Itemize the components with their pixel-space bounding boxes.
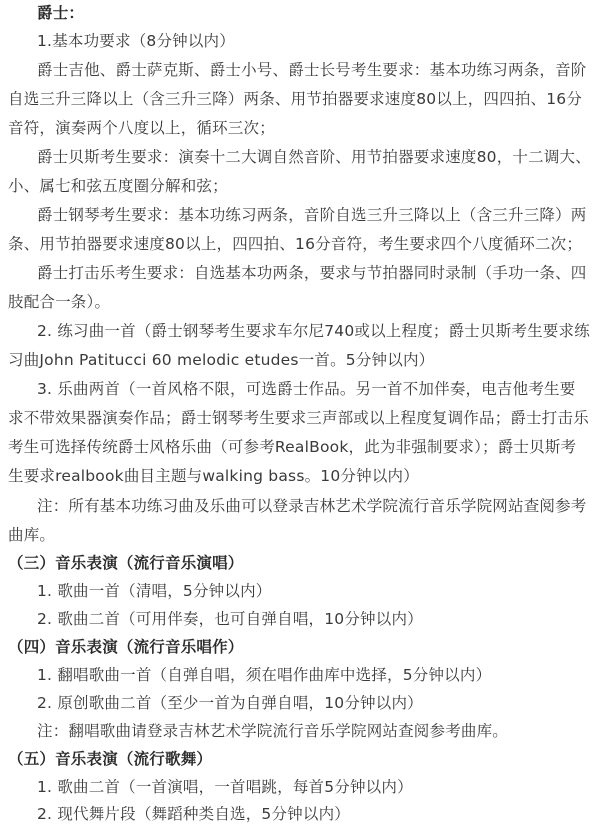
text-line: 条、用节拍器要求速度80以上，四四拍、16分音符，考生要求四个八度循环二次；	[8, 233, 582, 255]
section-heading: （四）音乐表演（流行音乐唱作）	[8, 636, 244, 658]
text-line: 2. 歌曲二首（可用伴奏，也可自弹自唱，10分钟以内）	[37, 608, 423, 630]
text-line: 1. 翻唱歌曲一首（自弹自唱，须在唱作曲库中选择，5分钟以内）	[37, 664, 491, 686]
text-line: 1. 歌曲一首（清唱，5分钟以内）	[37, 580, 271, 602]
section-heading: （三）音乐表演（流行音乐演唱）	[8, 552, 244, 574]
text-line: 音符，演奏两个八度以上，循环三次；	[8, 117, 275, 139]
text-line: 1.基本功要求（8分钟以内）	[37, 30, 235, 52]
text-line: 曲库。	[8, 524, 55, 546]
document-page: 爵士：1.基本功要求（8分钟以内）爵士吉他、爵士萨克斯、爵士小号、爵士长号考生要…	[0, 0, 616, 824]
text-line: 求不带效果器演奏作品；爵士钢琴考生要求三声部或以上程度复调作品；爵士打击乐	[8, 407, 589, 429]
text-line: 2. 练习曲一首（爵士钢琴考生要求车尔尼740或以上程度；爵士贝斯考生要求练	[37, 320, 590, 342]
text-line: 习曲John Patitucci 60 melodic etudes一首。5分钟…	[8, 349, 434, 371]
text-line: 小、属七和弦五度圈分解和弦；	[8, 175, 228, 197]
text-line: 爵士打击乐考生要求：自选基本功两条，要求与节拍器同时录制（手功一条、四	[37, 262, 587, 284]
text-line: 注：翻唱歌曲请登录吉林艺术学院流行音乐学院网站查阅参考曲库。	[37, 720, 508, 742]
text-line: 2. 现代舞片段（舞蹈种类自选，5分钟以内）	[37, 803, 350, 824]
text-line: 注：所有基本功练习曲及乐曲可以登录吉林艺术学院流行音乐学院网站查阅参考	[37, 495, 587, 517]
text-line: 爵士吉他、爵士萨克斯、爵士小号、爵士长号考生要求：基本功练习两条，音阶	[37, 59, 587, 81]
text-line: 爵士贝斯考生要求：演奏十二大调自然音阶、用节拍器要求速度80，十二调大、	[37, 146, 591, 168]
text-line: 爵士钢琴考生要求：基本功练习两条，音阶自选三升三降以上（含三升三降）两	[37, 204, 587, 226]
text-line: 自选三升三降以上（含三升三降）两条、用节拍器要求速度80以上，四四拍、16分	[8, 88, 582, 110]
text-line: 1. 歌曲二首（一首演唱，一首唱跳，每首5分钟以内）	[37, 776, 413, 798]
text-line: 2. 原创歌曲二首（至少一首为自弹自唱，10分钟以内）	[37, 692, 423, 714]
text-line: 肢配合一条）。	[8, 291, 110, 313]
section-heading: 爵士：	[37, 2, 84, 24]
text-line: 考生可选择传统爵士风格乐曲（可参考RealBook，此为非强制要求）；爵士贝斯考	[8, 436, 576, 458]
text-line: 生要求realbook曲目主题与walking bass。10分钟以内）	[8, 465, 419, 487]
text-line: 3. 乐曲两首（一首风格不限，可选爵士作品。另一首不加伴奏，电吉他考生要	[37, 378, 575, 400]
section-heading: （五）音乐表演（流行歌舞）	[8, 748, 212, 770]
